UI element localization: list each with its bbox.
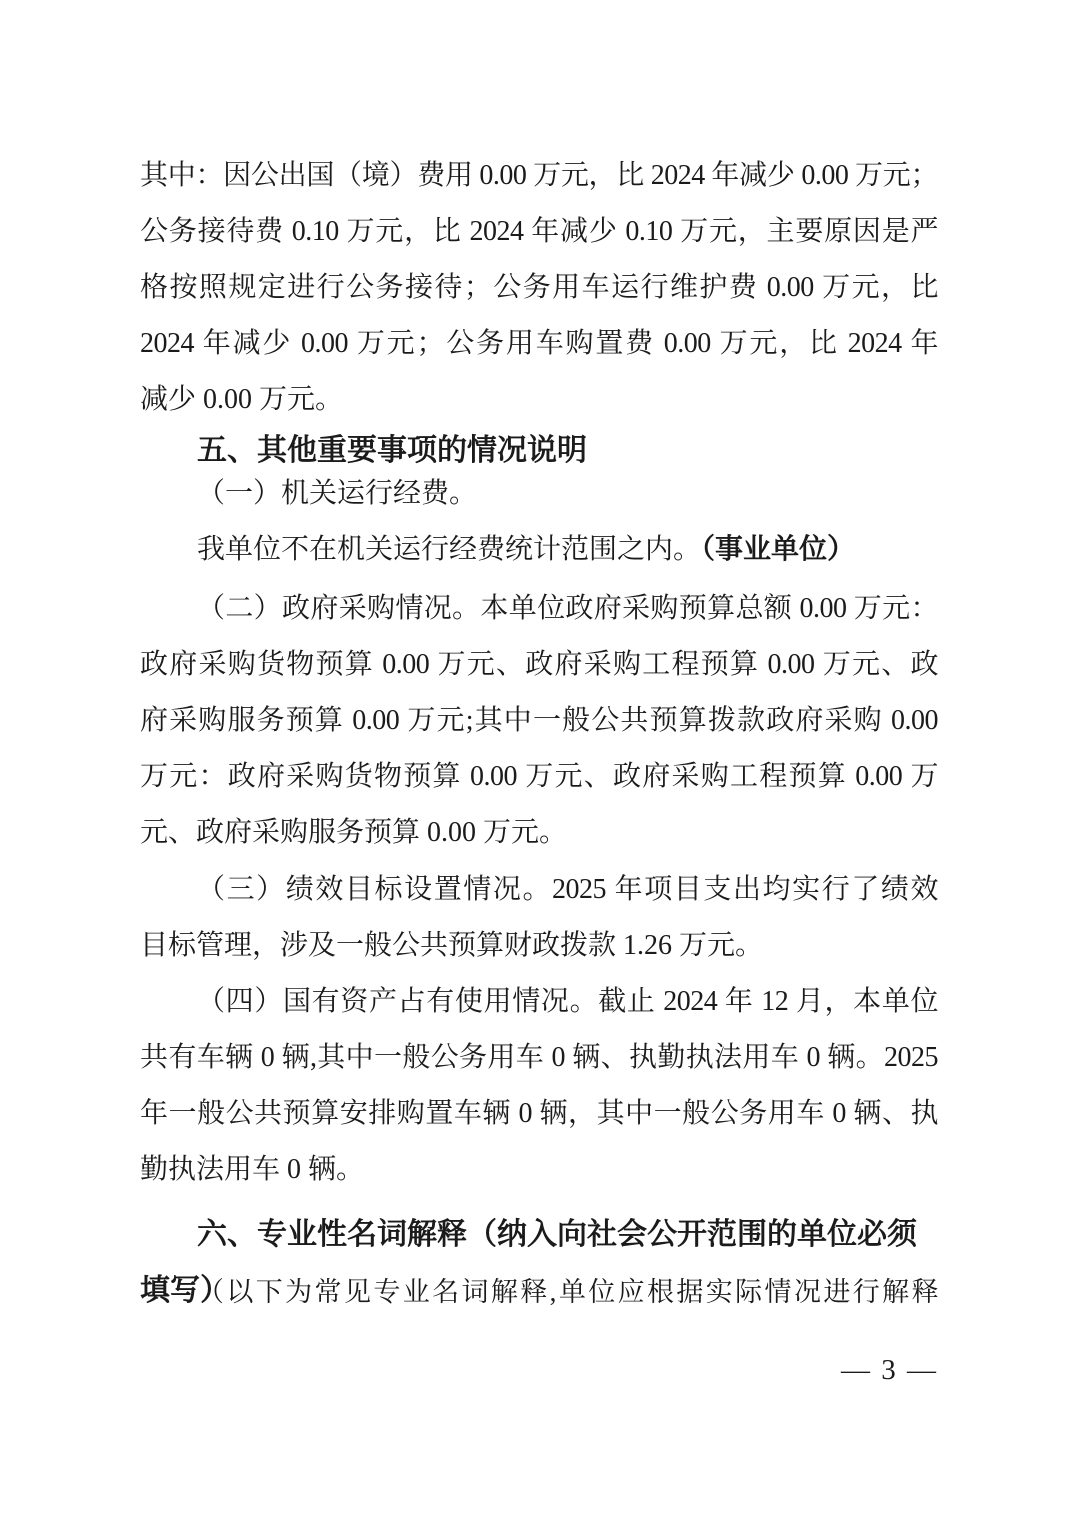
text-line: 政府采购货物预算 0.00 万元、政府采购工程预算 0.00 万元、政 xyxy=(140,637,938,693)
para-performance-targets: （三）绩效目标设置情况。2025 年项目支出均实行了绩效 目标管理，涉及一般公共… xyxy=(140,862,938,974)
text-line: 万元：政府采购货物预算 0.00 万元、政府采购工程预算 0.00 万 xyxy=(140,749,938,805)
text-line: （四）国有资产占有使用情况。截止 2024 年 12 月，本单位 xyxy=(140,974,938,1030)
text-line: 减少 0.00 万元。 xyxy=(140,372,938,428)
item-1-body: 我单位不在机关运行经费统计范围之内。（事业单位） xyxy=(140,522,938,578)
text-line: 其中：因公出国（境）费用 0.00 万元，比 2024 年减少 0.00 万元； xyxy=(140,148,938,204)
item-1-body-bold: （事业单位） xyxy=(701,534,855,565)
text-line: 我单位不在机关运行经费统计范围之内。（事业单位） xyxy=(140,522,938,578)
text-line: 公务接待费 0.10 万元，比 2024 年减少 0.10 万元，主要原因是严 xyxy=(140,204,938,260)
text-line: （二）政府采购情况。本单位政府采购预算总额 0.00 万元： xyxy=(140,581,938,637)
text-line: 目标管理，涉及一般公共预算财政拨款 1.26 万元。 xyxy=(140,918,938,974)
text-line: （以下为常见专业名词解释,单位应根据实际情况进行解释 xyxy=(140,1264,938,1320)
para-three-public-funds: 其中：因公出国（境）费用 0.00 万元，比 2024 年减少 0.00 万元；… xyxy=(140,148,938,428)
text-line: 共有车辆 0 辆,其中一般公务用车 0 辆、执勤执法用车 0 辆。2025 xyxy=(140,1030,938,1086)
item-1-title: （一）机关运行经费。 xyxy=(140,466,938,522)
text-line: 2024 年减少 0.00 万元；公务用车购置费 0.00 万元，比 2024 … xyxy=(140,316,938,372)
text-line: 勤执法用车 0 辆。 xyxy=(140,1142,938,1198)
document-page: 其中：因公出国（境）费用 0.00 万元，比 2024 年减少 0.00 万元；… xyxy=(0,0,1074,1520)
item-1-body-regular: 我单位不在机关运行经费统计范围之内。 xyxy=(197,534,701,565)
para-government-procurement: （二）政府采购情况。本单位政府采购预算总额 0.00 万元： 政府采购货物预算 … xyxy=(140,581,938,861)
heading-text: 六、专业性名词解释（纳入向社会公开范围的单位必须填写） xyxy=(140,1207,938,1263)
para-state-assets: （四）国有资产占有使用情况。截止 2024 年 12 月，本单位 共有车辆 0 … xyxy=(140,974,938,1198)
text-line: （一）机关运行经费。 xyxy=(140,466,938,522)
text-line: （三）绩效目标设置情况。2025 年项目支出均实行了绩效 xyxy=(140,862,938,918)
text-line: 格按照规定进行公务接待；公务用车运行维护费 0.00 万元，比 xyxy=(140,260,938,316)
page-number-label: — 3 — xyxy=(140,1342,938,1398)
text-line: 元、政府采购服务预算 0.00 万元。 xyxy=(140,805,938,861)
text-line: 年一般公共预算安排购置车辆 0 辆，其中一般公务用车 0 辆、执 xyxy=(140,1086,938,1142)
page-number: — 3 — xyxy=(140,1342,938,1398)
para-terms-note: （以下为常见专业名词解释,单位应根据实际情况进行解释 xyxy=(140,1264,938,1320)
text-line: 府采购服务预算 0.00 万元;其中一般公共预算拨款政府采购 0.00 xyxy=(140,693,938,749)
section-6-heading: 六、专业性名词解释（纳入向社会公开范围的单位必须填写） xyxy=(140,1207,938,1263)
